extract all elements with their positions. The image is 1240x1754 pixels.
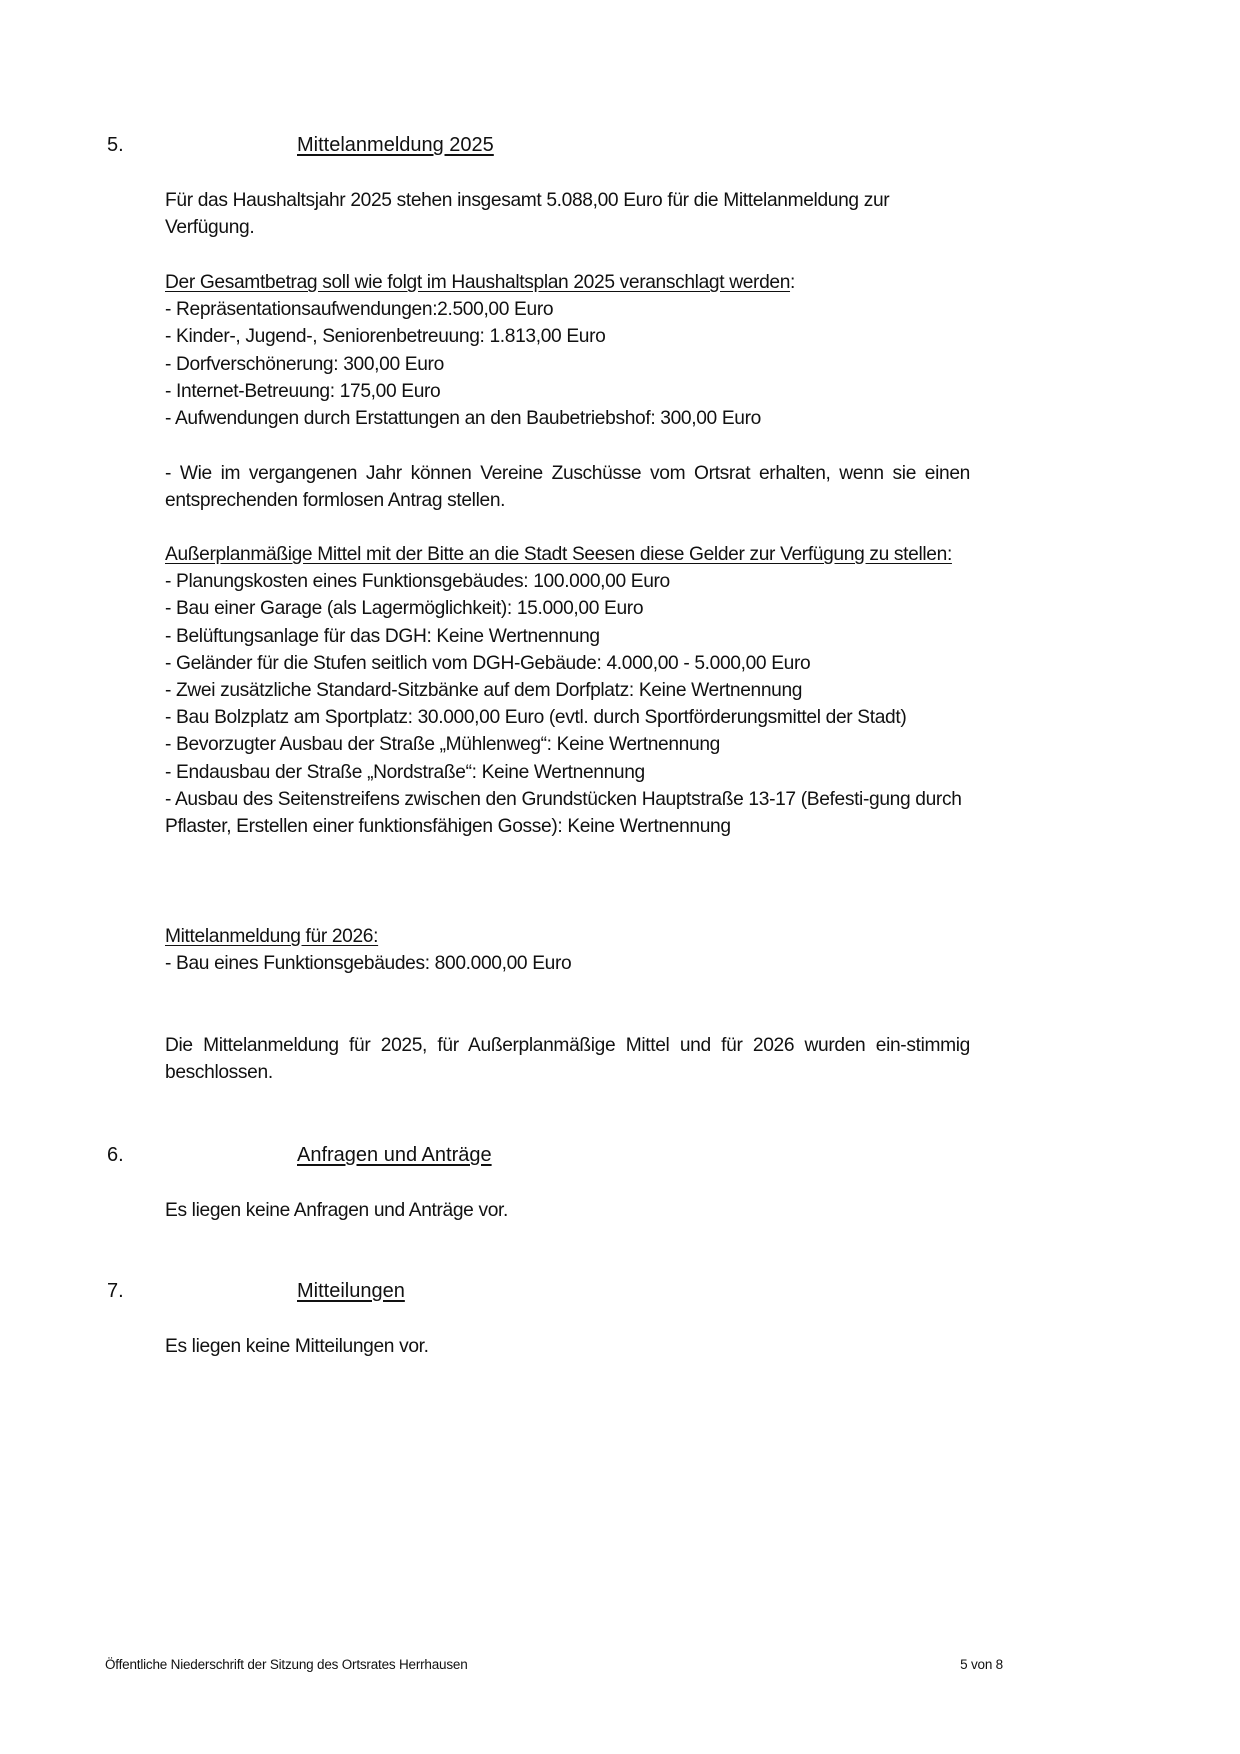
extra-item: - Bau einer Garage (als Lagermöglichkeit… [165,595,970,622]
extra-item: - Planungskosten eines Funktionsgebäudes… [165,568,970,595]
section-title: Mittelanmeldung 2025 [297,132,494,159]
next-year-block: Mittelanmeldung für 2026: - Bau eines Fu… [165,923,970,977]
extra-item: - Belüftungsanlage für das DGH: Keine We… [165,623,970,650]
next-year-heading: Mittelanmeldung für 2026: [165,923,378,950]
section-number: 5. [107,132,124,159]
section-title: Anfragen und Anträge [297,1142,492,1169]
section-number: 6. [107,1142,124,1169]
next-year-item: - Bau eines Funktionsgebäudes: 800.000,0… [165,950,970,977]
section-6-body: Es liegen keine Anfragen und Anträge vor… [165,1197,970,1224]
extra-item: - Bevorzugter Ausbau der Straße „Mühlenw… [165,731,970,758]
resolution: Die Mittelanmeldung für 2025, für Außerp… [165,1032,970,1086]
budget-item: - Internet-Betreuung: 175,00 Euro [165,378,970,405]
extra-item: - Endausbau der Straße „Nordstraße“: Kei… [165,759,970,786]
extra-item: - Geländer für die Stufen seitlich vom D… [165,650,970,677]
section-number: 7. [107,1278,124,1305]
budget-block: Der Gesamtbetrag soll wie folgt im Haush… [165,269,970,432]
extra-item: - Bau Bolzplatz am Sportplatz: 30.000,00… [165,704,970,731]
budget-item: - Aufwendungen durch Erstattungen an den… [165,405,970,432]
page-footer: Öffentliche Niederschrift der Sitzung de… [105,1656,1003,1674]
intro-paragraph: Für das Haushaltsjahr 2025 stehen insges… [165,187,970,241]
section-title: Mitteilungen [297,1278,405,1305]
extra-item: - Ausbau des Seitenstreifens zwischen de… [165,786,970,840]
budget-item: - Repräsentationsaufwendungen:2.500,00 E… [165,296,970,323]
budget-item: - Kinder-, Jugend-, Seniorenbetreuung: 1… [165,323,970,350]
budget-heading: Der Gesamtbetrag soll wie folgt im Haush… [165,269,970,296]
page-number: 5 von 8 [960,1656,1003,1674]
footer-document-title: Öffentliche Niederschrift der Sitzung de… [105,1656,468,1674]
extra-funds-heading: Außerplanmäßige Mittel mit der Bitte an … [165,541,970,568]
extra-item: - Zwei zusätzliche Standard-Sitzbänke au… [165,677,970,704]
document-page: 5. Mittelanmeldung 2025 Für das Haushalt… [0,0,1240,1754]
extra-funds-block: Außerplanmäßige Mittel mit der Bitte an … [165,541,970,840]
section-5-intro: Für das Haushaltsjahr 2025 stehen insges… [165,187,970,241]
budget-item: - Dorfverschönerung: 300,00 Euro [165,351,970,378]
associations-note: - Wie im vergangenen Jahr können Vereine… [165,460,970,514]
section-7-body: Es liegen keine Mitteilungen vor. [165,1333,970,1360]
